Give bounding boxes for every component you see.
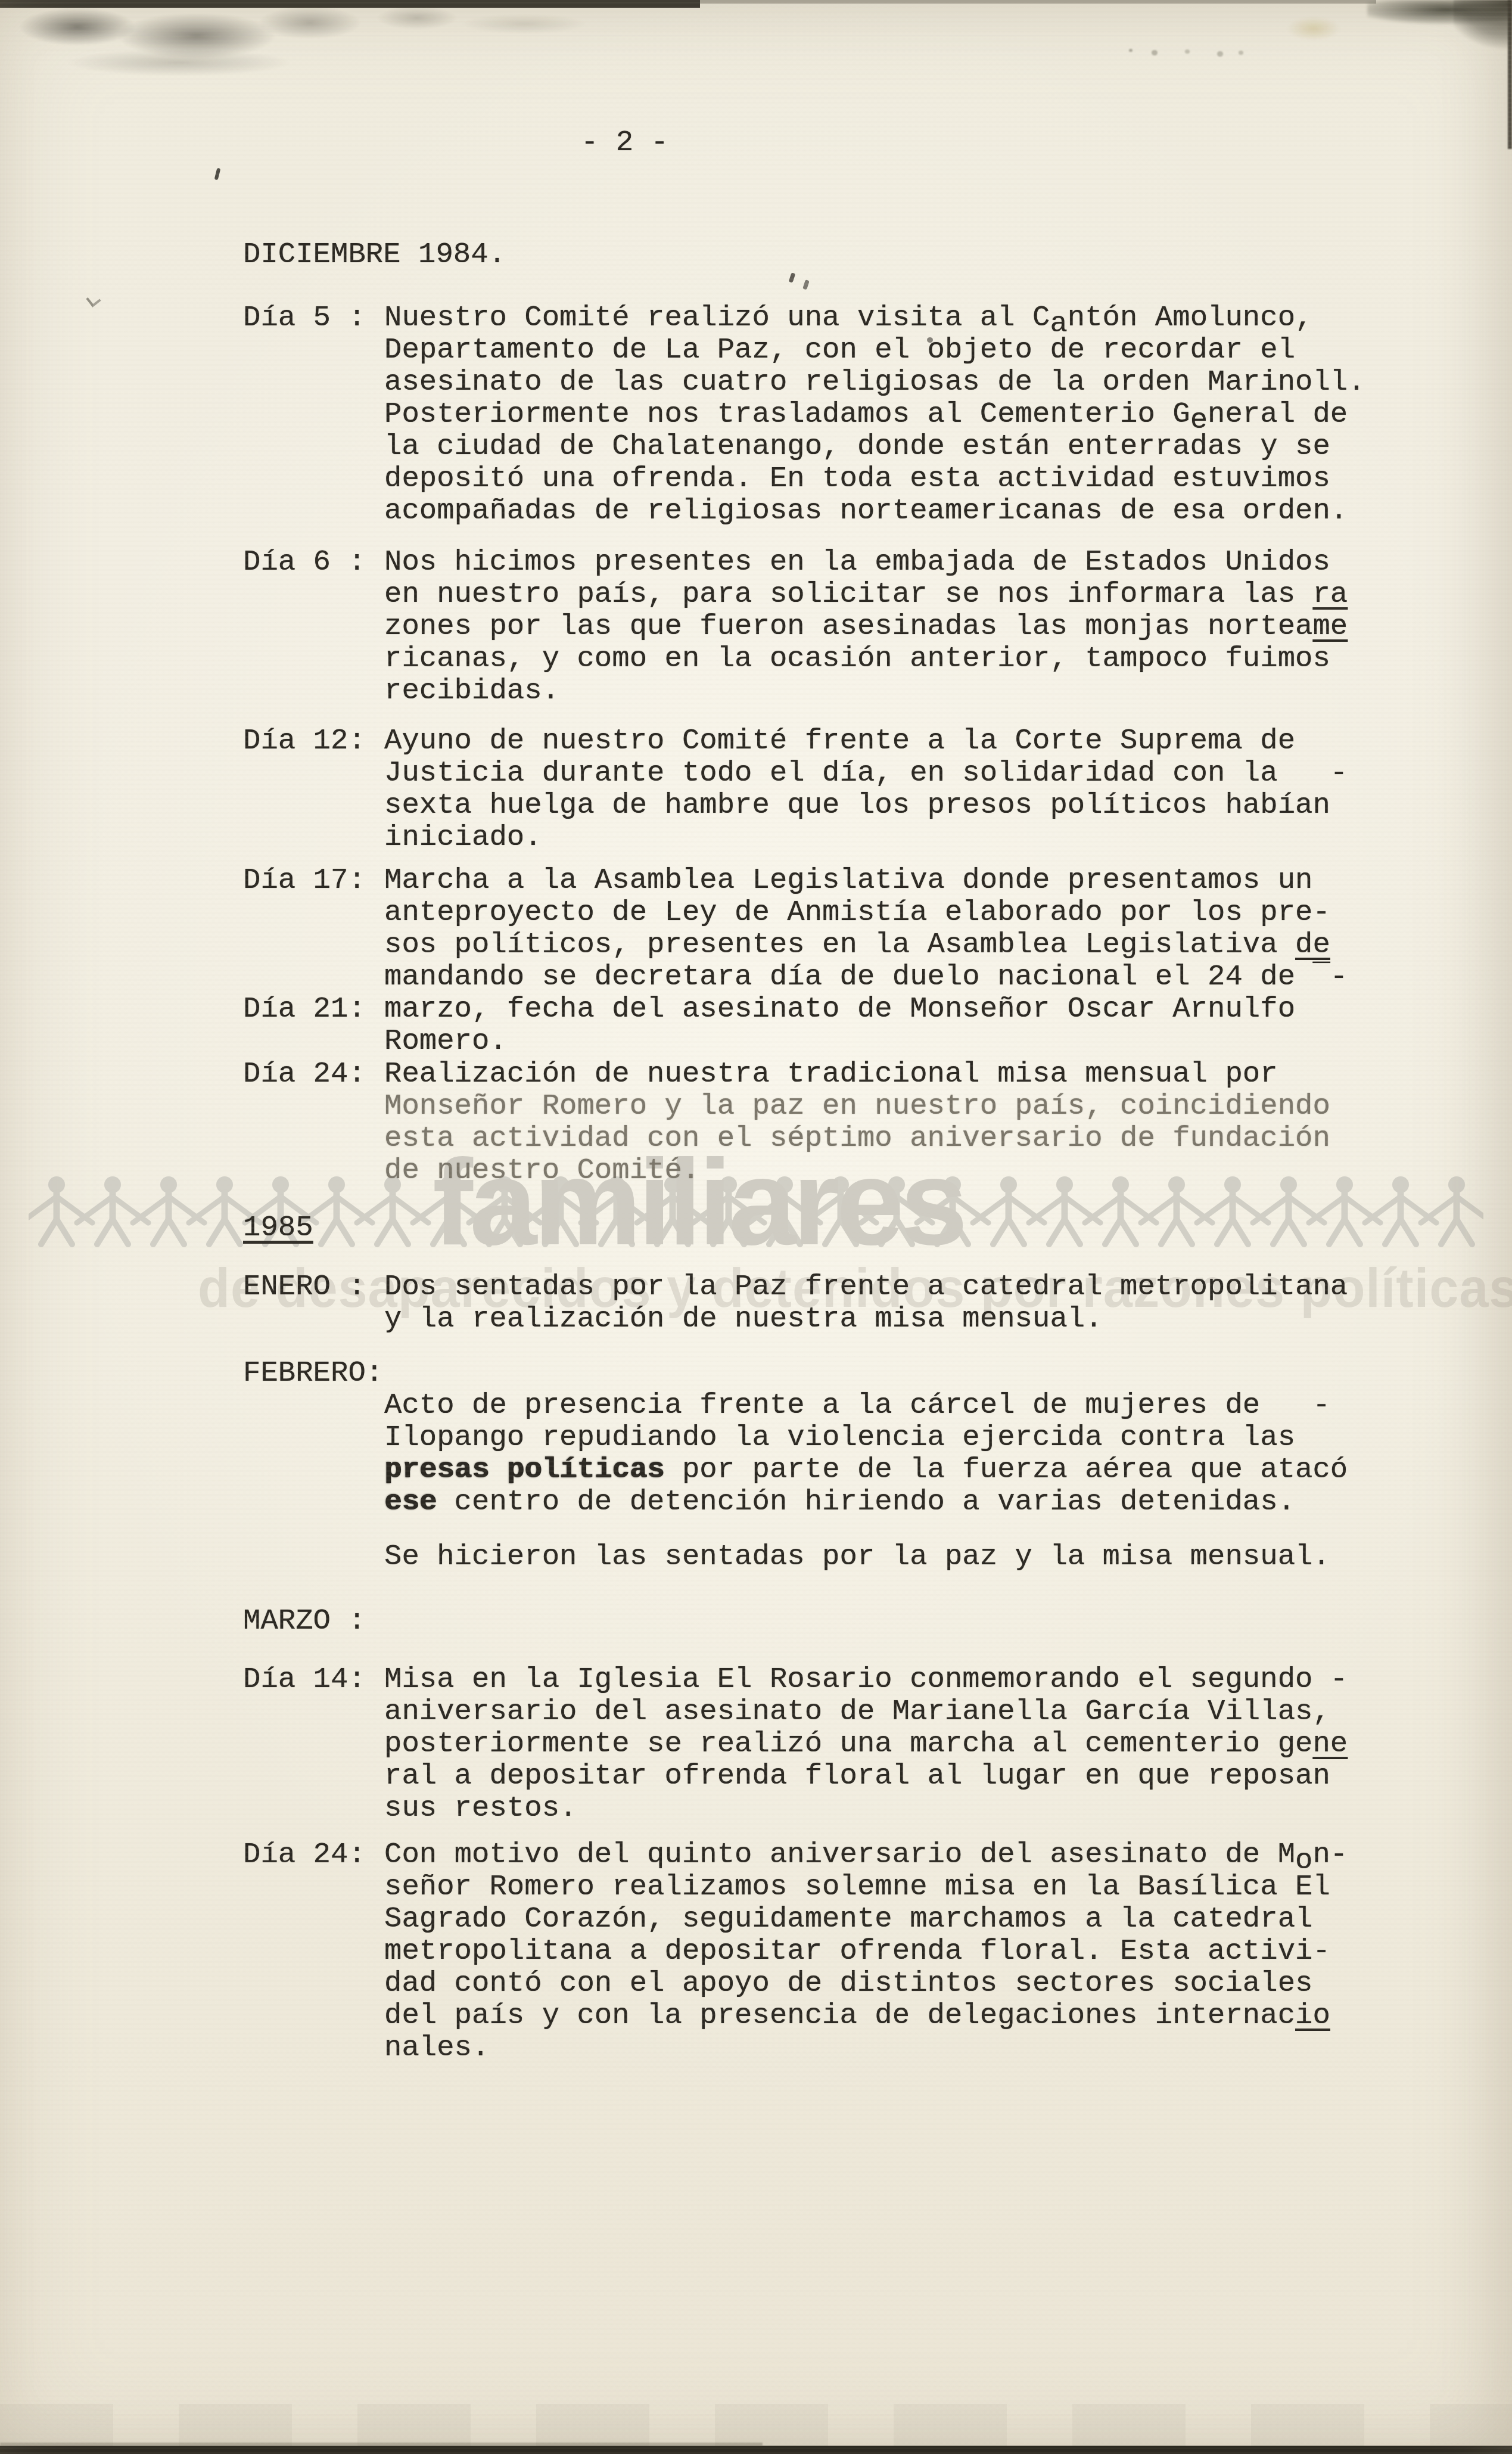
text-line: Romero. [384, 1025, 1295, 1057]
text-line: del país y con la presencia de delegacio… [384, 1999, 1348, 2031]
entry-text: Se hicieron las sentadas por la paz y la… [384, 1540, 1330, 1573]
text-line: depositó una ofrenda. En toda esta activ… [384, 462, 1365, 495]
text-line: Nuestro Comité realizó una visita al Can… [384, 302, 1365, 334]
entry-text: Misa en la Iglesia El Rosario conmemoran… [384, 1663, 1348, 1824]
entry-text: Nuestro Comité realizó una visita al Can… [384, 302, 1365, 527]
text-line: Marcha a la Asamblea Legislativa donde p… [384, 864, 1348, 896]
text-line: y la realización de nuestra misa mensual… [384, 1303, 1348, 1335]
entry-text: Ayuno de nuestro Comité frente a la Cort… [384, 725, 1348, 853]
text-line: Justicia durante todo el día, en solidar… [384, 757, 1348, 789]
entry-label: Día 21: [243, 993, 366, 1025]
text-line: posteriormente se realizó una marcha al … [384, 1728, 1348, 1760]
text-line: dad contó con el apoyo de distintos sect… [384, 1967, 1348, 1999]
text-line: de nuestro Comité. [384, 1154, 1330, 1186]
text-line: sos políticos, presentes en la Asamblea … [384, 928, 1348, 961]
entry-text: Marcha a la Asamblea Legislativa donde p… [384, 864, 1348, 993]
text-line: en nuestro país, para solicitar se nos i… [384, 578, 1348, 610]
entry-text: Dos sentadas por la Paz frente a catedra… [384, 1271, 1348, 1335]
entry-label: Día 5 : [243, 302, 366, 334]
heading-text: 1985 [243, 1212, 313, 1244]
text-line: Dos sentadas por la Paz frente a catedra… [384, 1271, 1348, 1303]
text-line: nales. [384, 2031, 1348, 2064]
text-line: sus restos. [384, 1792, 1348, 1824]
text-line: zones por las que fueron asesinadas las … [384, 610, 1348, 642]
text-line: anteproyecto de Ley de Anmistía elaborad… [384, 896, 1348, 928]
text-line: Departamento de La Paz, con el objeto de… [384, 334, 1365, 366]
text-line: esta actividad con el séptimo aniversari… [384, 1122, 1330, 1154]
text-line: Monseñor Romero y la paz en nuestro país… [384, 1090, 1330, 1122]
text-line: asesinato de las cuatro religiosas de la… [384, 366, 1365, 398]
text-line: señor Romero realizamos solemne misa en … [384, 1871, 1348, 1903]
entry-label: Día 24: [243, 1058, 366, 1090]
text-line: Se hicieron las sentadas por la paz y la… [384, 1540, 1330, 1573]
text-line: la ciudad de Chalatenango, donde están e… [384, 430, 1365, 462]
text-line: Nos hicimos presentes en la embajada de … [384, 546, 1348, 578]
scan-band-bottom [0, 2404, 1512, 2446]
entry-label: Día 17: [243, 864, 366, 896]
text-line: recibidas. [384, 675, 1348, 707]
entry-text: Con motivo del quinto aniversario del as… [384, 1838, 1348, 2064]
entry-label: FEBRERO: [243, 1357, 383, 1389]
text-line: marzo, fecha del asesinato de Monseñor O… [384, 993, 1295, 1025]
text-line: sexta huelga de hambre que los presos po… [384, 789, 1348, 821]
text-line: Posteriormente nos trasladamos al Cement… [384, 398, 1365, 430]
text-line: ricanas, y como en la ocasión anterior, … [384, 642, 1348, 675]
text-line: Ayuno de nuestro Comité frente a la Cort… [384, 725, 1348, 757]
text-line: ral a depositar ofrenda floral al lugar … [384, 1760, 1348, 1792]
text-line: Misa en la Iglesia El Rosario conmemoran… [384, 1663, 1348, 1695]
text-line: Ilopango repudiando la violencia ejercid… [384, 1421, 1348, 1453]
entry-text: marzo, fecha del asesinato de Monseñor O… [384, 993, 1295, 1057]
text-line: iniciado. [384, 821, 1348, 853]
entry-label: ENERO : [243, 1271, 366, 1303]
heading-text: DICIEMBRE 1984. [243, 238, 506, 271]
entry-label: Día 6 : [243, 546, 366, 578]
scan-edge-bottom [0, 2446, 1512, 2454]
text-line: acompañadas de religiosas norteamericana… [384, 495, 1365, 527]
text-line: Acto de presencia frente a la cárcel de … [384, 1389, 1348, 1421]
entry-label: MARZO : [243, 1605, 366, 1637]
entry-text: Acto de presencia frente a la cárcel de … [384, 1389, 1348, 1518]
scanned-page: - 2 - familiares de desaparecidos y dete… [0, 0, 1512, 2454]
entry-text: Nos hicimos presentes en la embajada de … [384, 546, 1348, 707]
text-line: metropolitana a depositar ofrenda floral… [384, 1935, 1348, 1967]
text-line: Con motivo del quinto aniversario del as… [384, 1838, 1348, 1871]
text-line: aniversario del asesinato de Marianella … [384, 1695, 1348, 1728]
entry-text: Realización de nuestra tradicional misa … [384, 1058, 1330, 1186]
text-line: mandando se decretara día de duelo nacio… [384, 961, 1348, 993]
entry-label: Día 24: [243, 1838, 366, 1871]
text-line: presas políticas por parte de la fuerza … [384, 1453, 1348, 1486]
entry-label: Día 14: [243, 1663, 366, 1695]
text-line: Realización de nuestra tradicional misa … [384, 1058, 1330, 1090]
text-line: Sagrado Corazón, seguidamente marchamos … [384, 1903, 1348, 1935]
typewritten-body: DICIEMBRE 1984.Día 5 :Nuestro Comité rea… [0, 0, 1512, 2454]
entry-label: Día 12: [243, 725, 366, 757]
text-line: ese centro de detención hiriendo a varia… [384, 1486, 1348, 1518]
